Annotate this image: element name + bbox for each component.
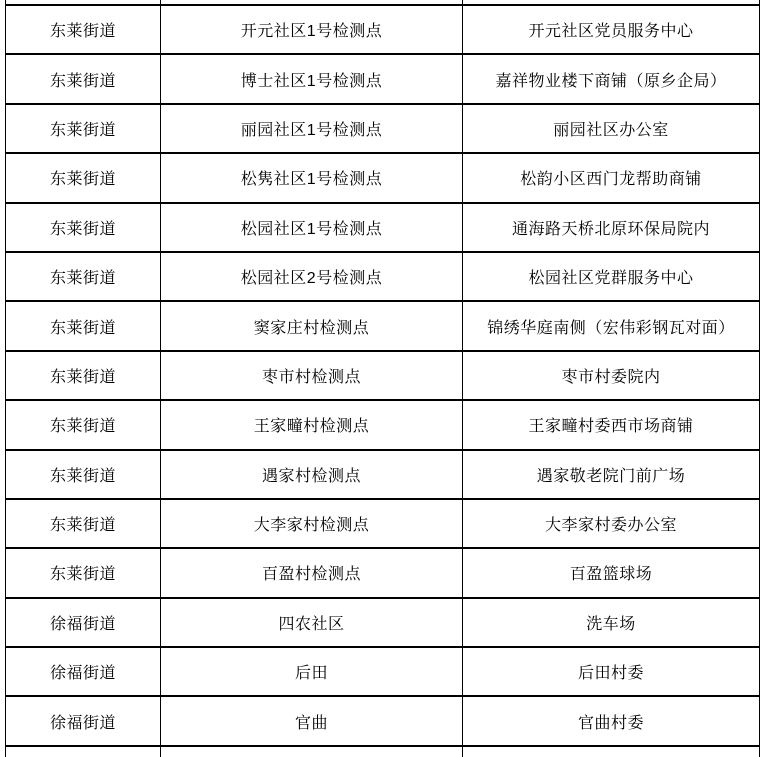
street-cell: 东莱街道 bbox=[6, 204, 161, 251]
address-cell: 开元社区党员服务中心 bbox=[463, 6, 759, 53]
table-row: 徐福街道 四农社区 洗车场 bbox=[6, 599, 759, 648]
table-row: 东莱街道 丽园社区1号检测点 丽园社区办公室 bbox=[6, 105, 759, 154]
address-cell: 大李家村委办公室 bbox=[463, 500, 759, 547]
address-cell: 松园社区党群服务中心 bbox=[463, 253, 759, 300]
site-cell: 遇家村检测点 bbox=[161, 451, 463, 498]
table-row: 东莱街道 开元社区1号检测点 开元社区党员服务中心 bbox=[6, 6, 759, 55]
street-cell: 东莱街道 bbox=[6, 253, 161, 300]
table-row: 东莱街道 遇家村检测点 遇家敬老院门前广场 bbox=[6, 451, 759, 500]
address-cell: 锦绣华庭南侧（宏伟彩钢瓦对面） bbox=[463, 302, 759, 349]
table-row: 东莱街道 大李家村检测点 大李家村委办公室 bbox=[6, 500, 759, 549]
address-cell: 通海路天桥北原环保局院内 bbox=[463, 204, 759, 251]
site-cell: 大李家村检测点 bbox=[161, 500, 463, 547]
address-cell: 百盈篮球场 bbox=[463, 549, 759, 596]
testing-points-table: 东莱街道 开元社区1号检测点 开元社区党员服务中心 东莱街道 博士社区1号检测点… bbox=[5, 0, 760, 757]
address-cell: 遇家敬老院门前广场 bbox=[463, 451, 759, 498]
street-cell: 东莱街道 bbox=[6, 451, 161, 498]
street-cell: 东莱街道 bbox=[6, 6, 161, 53]
street-cell: 东莱街道 bbox=[6, 401, 161, 448]
address-cell bbox=[463, 0, 759, 4]
street-cell: 徐福街道 bbox=[6, 648, 161, 695]
street-cell: 东莱街道 bbox=[6, 154, 161, 201]
site-cell: 枣市村检测点 bbox=[161, 352, 463, 399]
site-cell: 松隽社区1号检测点 bbox=[161, 154, 463, 201]
street-cell: 徐福街道 bbox=[6, 697, 161, 744]
address-cell: 枣市村委院内 bbox=[463, 352, 759, 399]
address-cell: 嘉祥物业楼下商铺（原乡企局） bbox=[463, 55, 759, 102]
street-cell: 东莱街道 bbox=[6, 55, 161, 102]
street-cell: 东莱街道 bbox=[6, 549, 161, 596]
site-cell bbox=[161, 747, 463, 757]
address-cell: 官曲村委 bbox=[463, 697, 759, 744]
street-cell bbox=[6, 0, 161, 4]
address-cell: 后田村委 bbox=[463, 648, 759, 695]
table-row: 东莱街道 枣市村检测点 枣市村委院内 bbox=[6, 352, 759, 401]
table-row: 东莱街道 松隽社区1号检测点 松韵小区西门龙帮助商铺 bbox=[6, 154, 759, 203]
address-cell: 松韵小区西门龙帮助商铺 bbox=[463, 154, 759, 201]
table-row: 徐福街道 官曲 官曲村委 bbox=[6, 697, 759, 746]
table-row: 东莱街道 窦家庄村检测点 锦绣华庭南侧（宏伟彩钢瓦对面） bbox=[6, 302, 759, 351]
site-cell: 窦家庄村检测点 bbox=[161, 302, 463, 349]
address-cell bbox=[463, 747, 759, 757]
site-cell: 博士社区1号检测点 bbox=[161, 55, 463, 102]
address-cell: 丽园社区办公室 bbox=[463, 105, 759, 152]
site-cell: 后田 bbox=[161, 648, 463, 695]
site-cell: 百盈村检测点 bbox=[161, 549, 463, 596]
table-row: 徐福街道 后田 后田村委 bbox=[6, 648, 759, 697]
table-row: 东莱街道 松园社区2号检测点 松园社区党群服务中心 bbox=[6, 253, 759, 302]
street-cell: 东莱街道 bbox=[6, 302, 161, 349]
table-row: 东莱街道 王家疃村检测点 王家疃村委西市场商铺 bbox=[6, 401, 759, 450]
street-cell: 东莱街道 bbox=[6, 105, 161, 152]
site-cell: 王家疃村检测点 bbox=[161, 401, 463, 448]
site-cell: 四农社区 bbox=[161, 599, 463, 646]
table-row: 东莱街道 百盈村检测点 百盈篮球场 bbox=[6, 549, 759, 598]
site-cell: 松园社区1号检测点 bbox=[161, 204, 463, 251]
table-row: 东莱街道 博士社区1号检测点 嘉祥物业楼下商铺（原乡企局） bbox=[6, 55, 759, 104]
street-cell: 徐福街道 bbox=[6, 599, 161, 646]
table-row: 东莱街道 松园社区1号检测点 通海路天桥北原环保局院内 bbox=[6, 204, 759, 253]
street-cell: 东莱街道 bbox=[6, 500, 161, 547]
site-cell bbox=[161, 0, 463, 4]
table-row-partial-bottom bbox=[6, 747, 759, 757]
site-cell: 开元社区1号检测点 bbox=[161, 6, 463, 53]
site-cell: 丽园社区1号检测点 bbox=[161, 105, 463, 152]
street-cell: 东莱街道 bbox=[6, 352, 161, 399]
street-cell bbox=[6, 747, 161, 757]
site-cell: 松园社区2号检测点 bbox=[161, 253, 463, 300]
address-cell: 洗车场 bbox=[463, 599, 759, 646]
site-cell: 官曲 bbox=[161, 697, 463, 744]
address-cell: 王家疃村委西市场商铺 bbox=[463, 401, 759, 448]
